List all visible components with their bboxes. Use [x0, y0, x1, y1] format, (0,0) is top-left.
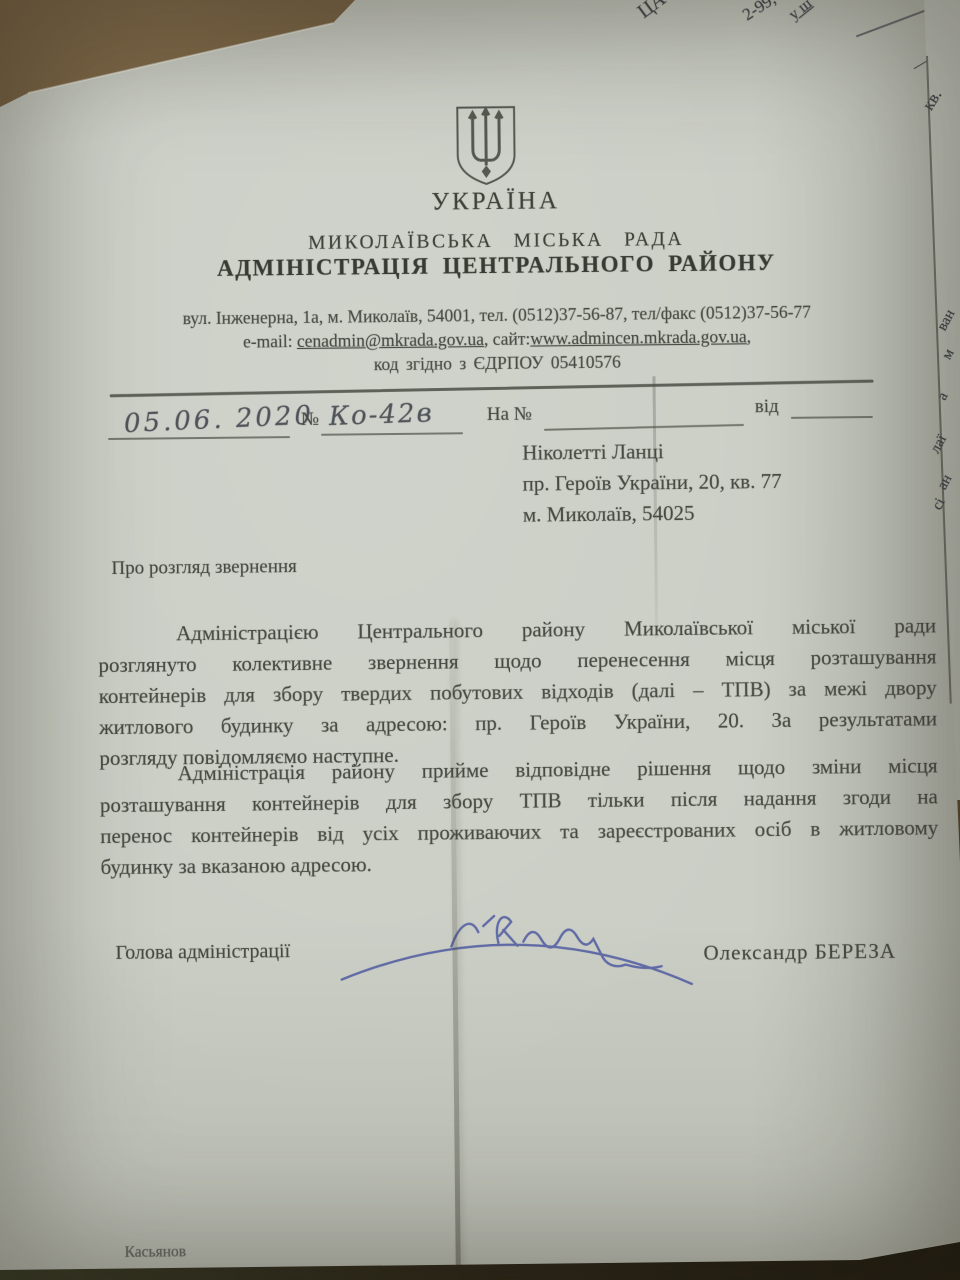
letterhead-divider-rule: [110, 380, 874, 398]
handwritten-fragment: у ш: [786, 0, 816, 24]
number-underline: [321, 432, 463, 435]
subject-line: Про розгляд звернення: [111, 556, 297, 580]
email-label: e-mail:: [243, 331, 297, 352]
recipient-name: Ніколетті Ланці: [522, 439, 664, 465]
trailing-comma: ,: [747, 326, 752, 346]
number-sign-label: №: [301, 409, 319, 431]
handwritten-outgoing-number: Ко-42в: [328, 398, 434, 432]
recipient-address-line2: м. Миколаїв, 54025: [523, 501, 695, 528]
website-address: www.admincen.mkrada.gov.ua: [530, 326, 747, 348]
handwritten-fragment: ЦА: [634, 0, 671, 24]
letter-content: ЦА 2-99, у ш — р: [0, 0, 960, 1280]
executor-name: Пилипенко: [127, 1266, 201, 1280]
from-date-blank-line: [791, 416, 873, 419]
site-label: сайт:: [493, 329, 531, 349]
ukraine-trident-emblem-icon: [453, 104, 520, 189]
handwritten-signature-ink: [313, 896, 714, 1015]
signatory-name: Олександр БЕРЕЗА: [703, 939, 896, 966]
signatory-position-title: Голова адміністрації: [115, 940, 290, 965]
handwritten-date: 05.06. 2020: [123, 401, 314, 440]
executor-name: Касьянов: [125, 1243, 187, 1262]
from-date-label: від: [755, 396, 779, 418]
letter-paper: ЦА 2-99, у ш — р: [0, 0, 960, 1280]
handwritten-stroke: [856, 8, 930, 37]
separator: ,: [484, 329, 493, 349]
handwritten-fragment: 2-99,: [739, 0, 780, 25]
incoming-number-blank-line: [544, 424, 744, 431]
country-name: УКРАЇНА: [36, 183, 956, 221]
incoming-number-label: На №: [487, 404, 532, 426]
recipient-address-line1: пр. Героїв України, 20, кв. 77: [522, 469, 781, 497]
email-address: cenadmin@mkrada.gov.ua: [297, 329, 484, 351]
